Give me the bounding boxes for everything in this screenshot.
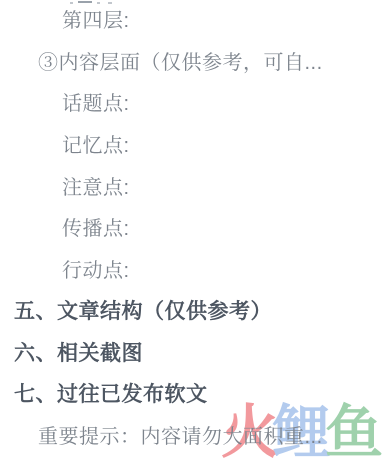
section-heading-7-published-articles: 七、过往已发布软文 bbox=[0, 372, 383, 414]
important-note: 重要提示：内容请勿大面积重... bbox=[0, 414, 383, 456]
outline-item-memory-point: 记忆点: bbox=[0, 123, 383, 165]
document-body: 第四层:③内容层面（仅供参考，可自...话题点:记忆点:注意点:传播点:行动点:… bbox=[0, 0, 383, 456]
outline-item-attention-point: 注意点: bbox=[0, 164, 383, 206]
outline-item-action-point: 行动点: bbox=[0, 248, 383, 290]
section-heading-6-related-screenshots: 六、相关截图 bbox=[0, 331, 383, 373]
outline-item-topic-point: 话题点: bbox=[0, 81, 383, 123]
outline-item-content-aspect: ③内容层面（仅供参考，可自... bbox=[0, 40, 383, 82]
document-page: 第四层:③内容层面（仅供参考，可自...话题点:记忆点:注意点:传播点:行动点:… bbox=[0, 0, 383, 463]
outline-item-level4: 第四层: bbox=[0, 0, 383, 40]
section-heading-5-article-structure: 五、文章结构（仅供参考） bbox=[0, 289, 383, 331]
outline-item-spread-point: 传播点: bbox=[0, 206, 383, 248]
